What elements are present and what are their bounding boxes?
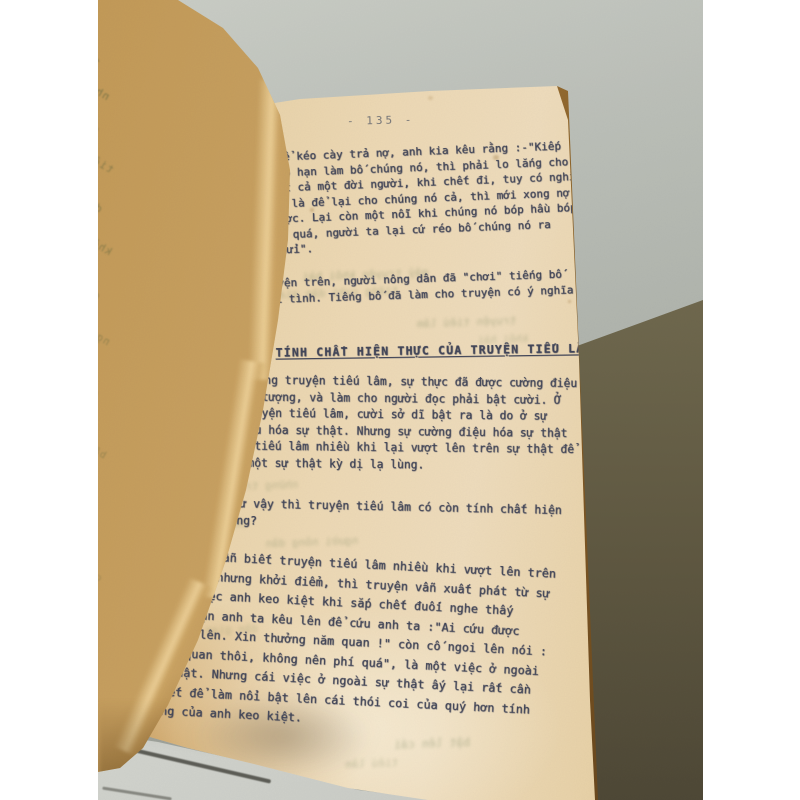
bleed-through-text: bật lên cái <box>394 735 471 752</box>
book-photo: mẩy truyện khôi hàitiếng cười dân giantr… <box>98 0 703 800</box>
page-number: - 135 - <box>347 113 415 127</box>
mirrored-show-through-text: cười <box>98 561 104 585</box>
heading-title-underlined: TÍNH CHẤT HIỆN THỰC CỦA TRUYỆN TIẾU LÂM <box>276 341 593 359</box>
section-heading: 5.- TÍNH CHẤT HIỆN THỰC CỦA TRUYỆN TIẾU … <box>243 340 617 361</box>
mirrored-show-through-text: truyện kể <box>98 362 100 401</box>
photo-of-book: { "photo": { "description_label": "", "c… <box>0 0 800 800</box>
mirrored-show-through-text: truyện tiếu <box>98 19 102 70</box>
mirrored-show-through-text: của chúng nó <box>98 252 102 303</box>
heading-line: 5.- TÍNH CHẤT HIỆN THỰC CỦA TRUYỆN TIẾU … <box>243 340 617 361</box>
mirrored-show-through-text: dân gian <box>98 177 104 215</box>
mirrored-show-through-text: khôi hài về <box>98 93 100 139</box>
mirrored-show-through-text: người ta <box>98 309 112 349</box>
mirrored-show-through-text: không về <box>98 219 114 259</box>
mirrored-show-through-text: tiếng cười <box>98 127 116 176</box>
mirrored-show-through-text: những câu <box>98 58 112 104</box>
mirrored-show-through-text: bật cười <box>98 424 108 462</box>
bleed-through-text: người nông dân <box>265 534 358 550</box>
paper-stain <box>428 96 433 100</box>
